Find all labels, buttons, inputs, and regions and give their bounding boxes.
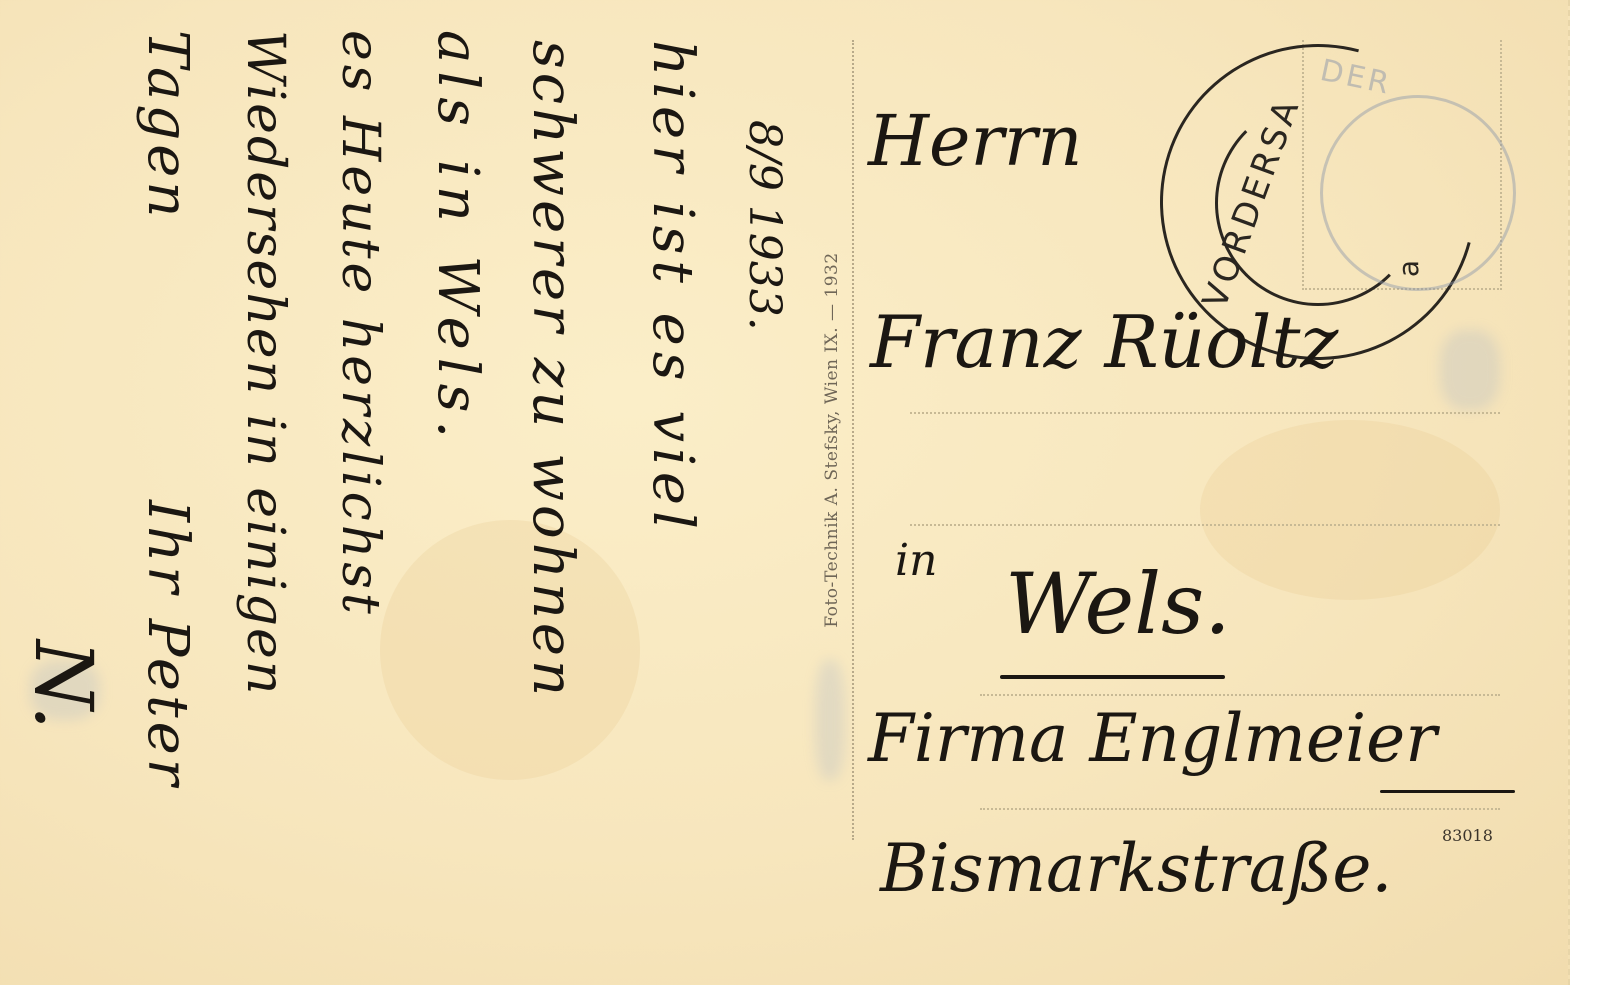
address-preposition: in [895,535,937,586]
message-line: als in Wels. [425,30,490,446]
message-line: Tagen [135,30,200,221]
message-line: Wiedersehen in einigen [235,30,295,696]
message-signature: N. [17,640,110,730]
paper-stain [380,520,640,780]
message-line: hier ist es viel [640,40,705,535]
message-date: 8/9 1933. [739,120,790,331]
publisher-credit: Foto-Technik A. Stefsky, Wien IX. — 1932 [822,252,842,627]
town-underline [1000,675,1225,679]
message-line: es Heute herzlichst [330,30,390,618]
address-line [910,412,1500,414]
message-closing: Ihr Peter [135,500,200,789]
address-name: Franz Rüoltz [870,300,1338,384]
ink-smudge [1440,330,1500,410]
address-town: Wels. [1005,555,1231,653]
card-number: 83018 [1442,826,1493,845]
ink-smudge [815,660,845,780]
address-line [980,694,1500,696]
postcard: Foto-Technik A. Stefsky, Wien IX. — 1932… [0,0,1570,985]
address-line [980,808,1500,810]
address-salutation: Herrn [868,100,1082,182]
paper-stain [1200,420,1500,600]
address-name-first: Franz Rüoltz [870,300,1338,384]
address-company: Firma Englmeier [868,700,1437,777]
address-street: Bismarkstraße. [880,830,1392,907]
postmark-letter: a [1392,260,1425,277]
company-underline [1380,790,1515,793]
address-line [910,524,1500,526]
center-divider [852,40,854,840]
message-line: schwerer zu wohnen [520,40,585,700]
